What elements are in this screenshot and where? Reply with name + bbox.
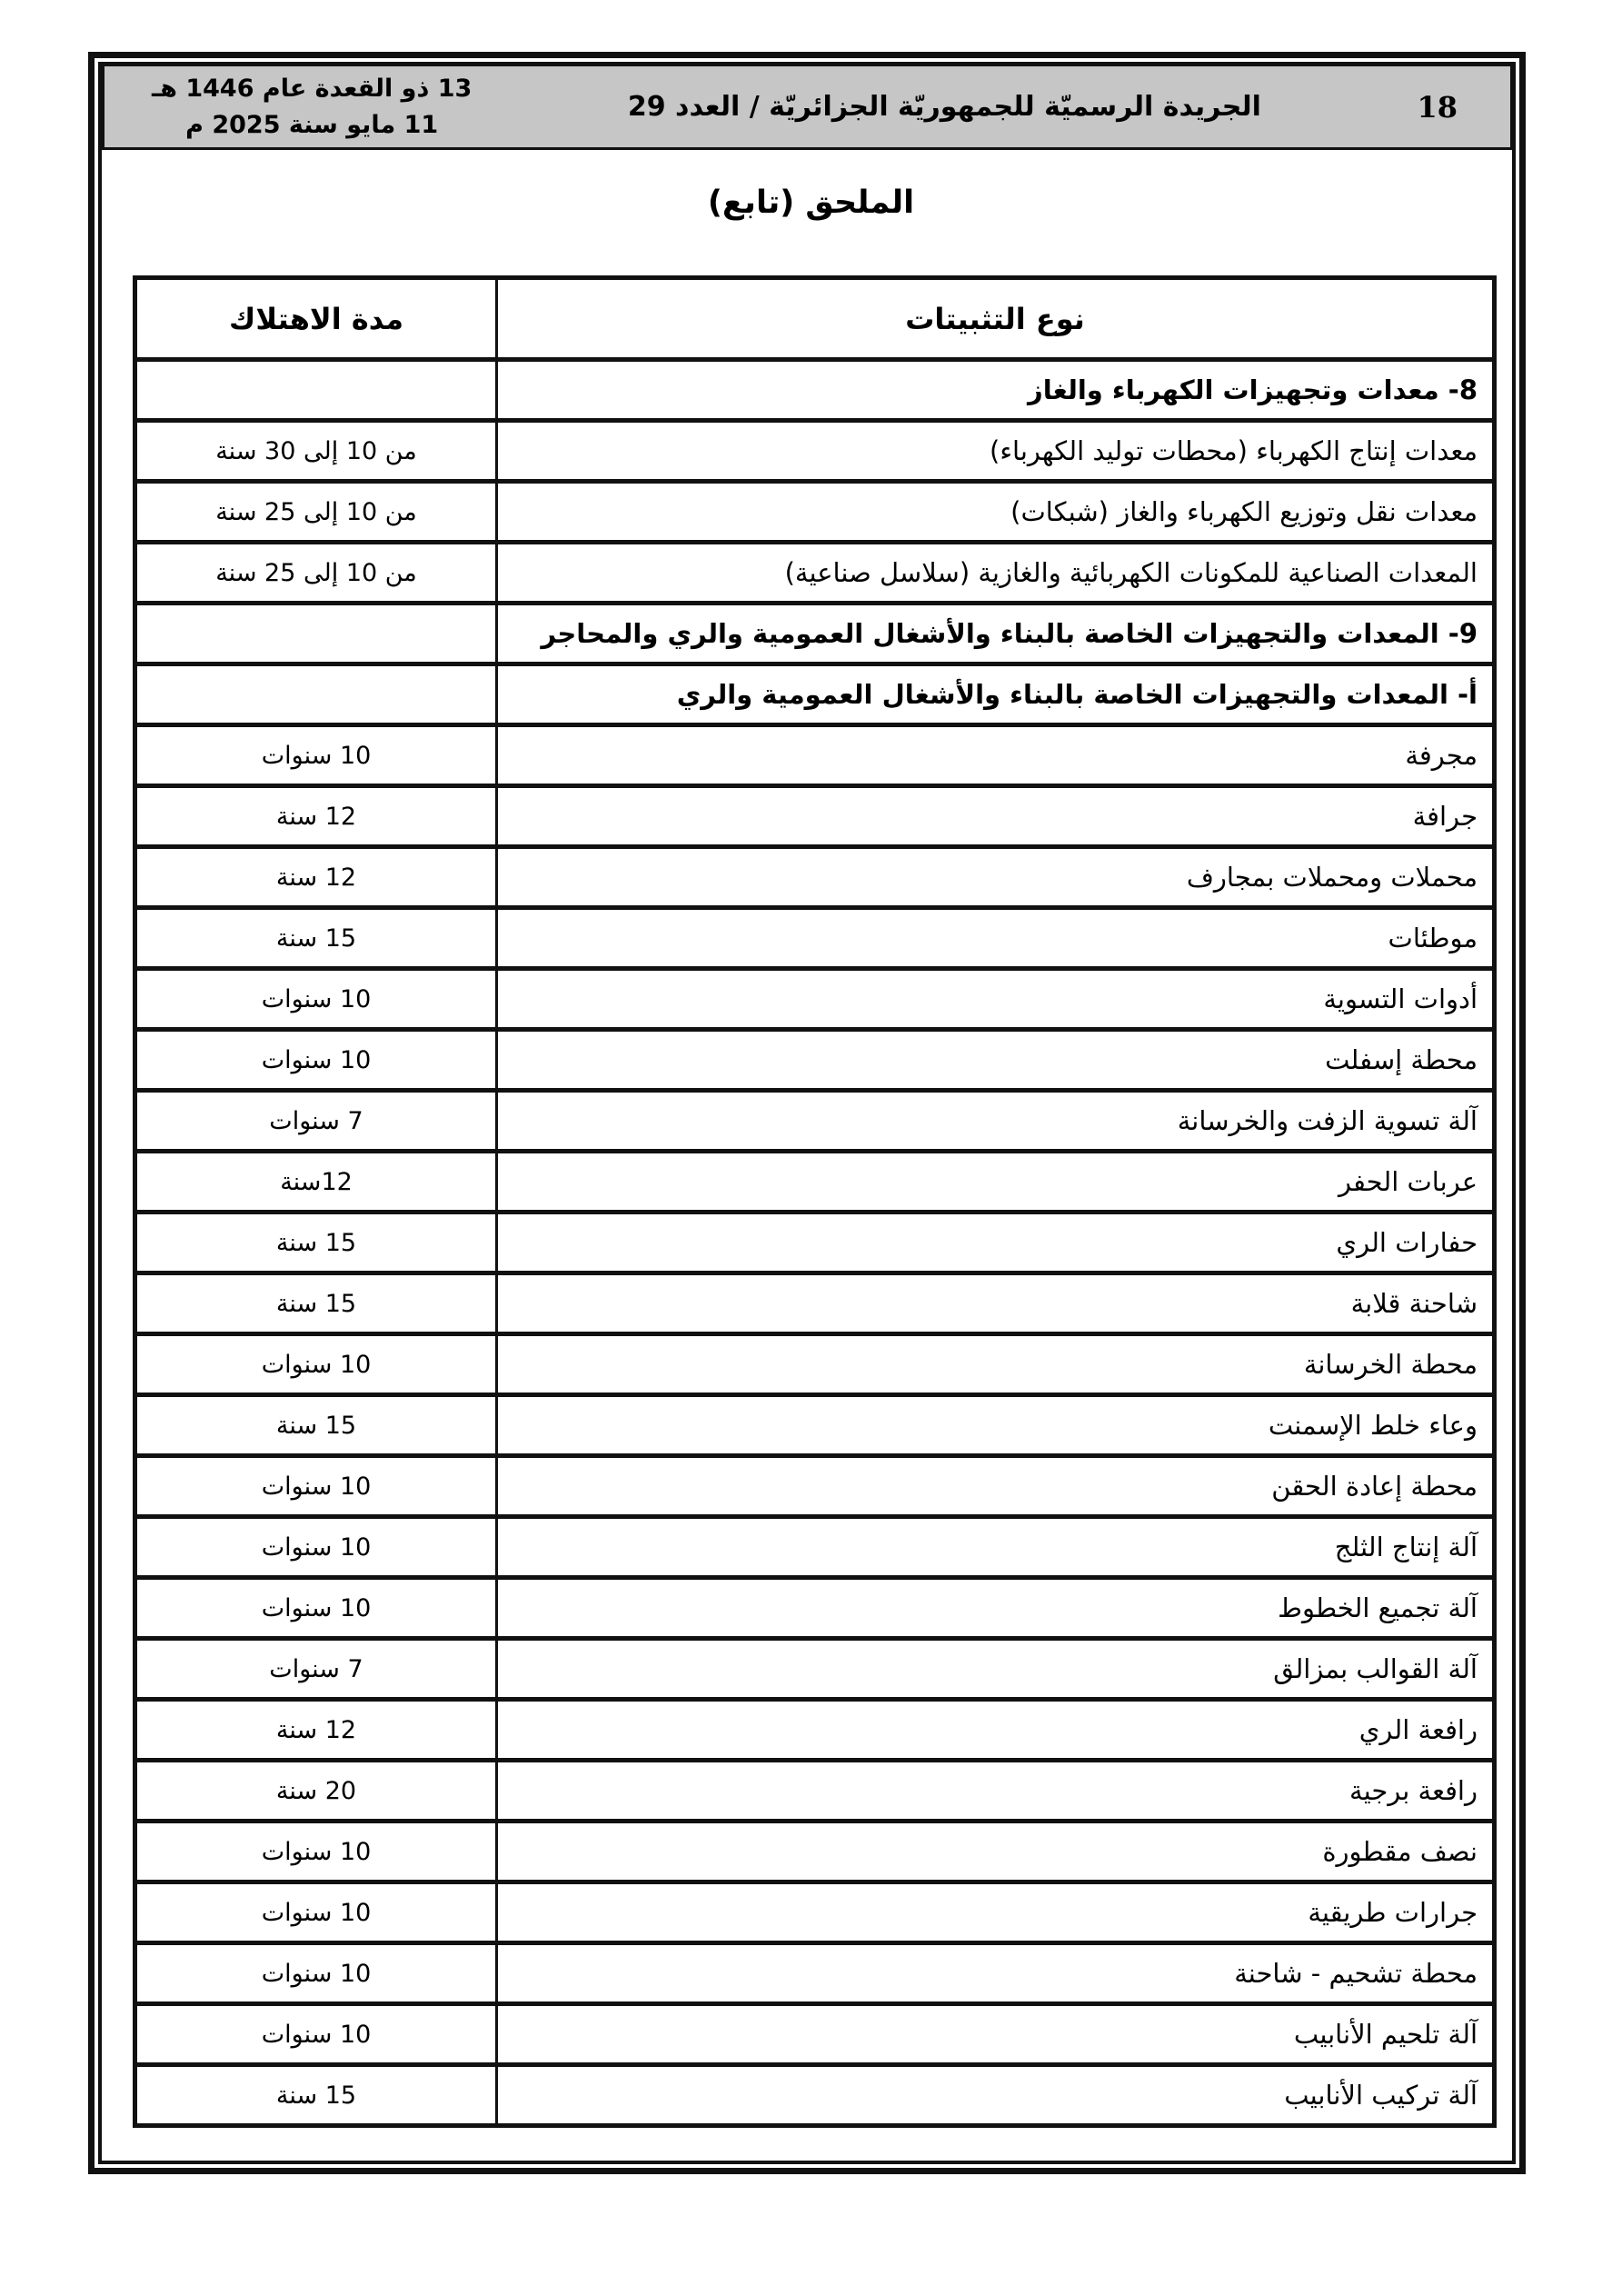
table-row: نصف مقطورة 10 سنوات: [135, 1822, 1495, 1882]
type-cell: 8- معدات وتجهيزات الكهرباء والغاز: [497, 360, 1495, 421]
type-cell: آلة تركيب الأنابيب: [497, 2065, 1495, 2126]
duration-cell: 12 سنة: [135, 847, 497, 908]
duration-cell: 12 سنة: [135, 1700, 497, 1761]
duration-cell: 10 سنوات: [135, 1334, 497, 1395]
duration-cell: 15 سنة: [135, 1273, 497, 1334]
table-row: وعاء خلط الإسمنت 15 سنة: [135, 1395, 1495, 1456]
duration-cell: 10 سنوات: [135, 1030, 497, 1091]
type-cell: رافعة برجية: [497, 1761, 1495, 1822]
date-hijri: 13 ذو القعدة عام 1446 هـ: [152, 71, 472, 106]
type-cell: أ- المعدات والتجهيزات الخاصة بالبناء وال…: [497, 664, 1495, 725]
duration-cell: [135, 360, 497, 421]
duration-cell: 20 سنة: [135, 1761, 497, 1822]
table-row: محطة إسفلت 10 سنوات: [135, 1030, 1495, 1091]
duration-cell: 10 سنوات: [135, 1578, 497, 1639]
table-row: محملات ومحملات بمجارف 12 سنة: [135, 847, 1495, 908]
table-row: آلة تركيب الأنابيب 15 سنة: [135, 2065, 1495, 2126]
date-block: 13 ذو القعدة عام 1446 هـ 11 مايو سنة 202…: [152, 71, 472, 142]
table-header-row: نوع التثبيتات مدة الاهتلاك: [135, 278, 1495, 360]
type-cell: حفارات الري: [497, 1213, 1495, 1273]
table-row: أ- المعدات والتجهيزات الخاصة بالبناء وال…: [135, 664, 1495, 725]
header-strip: 18 الجريدة الرسميّة للجمهوريّة الجزائريّ…: [102, 64, 1513, 150]
table-row: 9- المعدات والتجهيزات الخاصة بالبناء وال…: [135, 604, 1495, 664]
duration-cell: 7 سنوات: [135, 1639, 497, 1700]
table-row: جرافة 12 سنة: [135, 786, 1495, 847]
fixtures-table: نوع التثبيتات مدة الاهتلاك 8- معدات وتجه…: [133, 275, 1497, 2128]
table-header-duration: مدة الاهتلاك: [135, 278, 497, 360]
table-row: آلة إنتاج الثلج 10 سنوات: [135, 1517, 1495, 1578]
duration-cell: 10 سنوات: [135, 2004, 497, 2065]
type-cell: جرافة: [497, 786, 1495, 847]
table-row: معدات إنتاج الكهرباء (محطات توليد الكهرب…: [135, 421, 1495, 482]
duration-cell: من 10 إلى 25 سنة: [135, 482, 497, 543]
duration-cell: 15 سنة: [135, 2065, 497, 2126]
date-gregorian: 11 مايو سنة 2025 م: [152, 107, 472, 143]
type-cell: آلة القوالب بمزالق: [497, 1639, 1495, 1700]
type-cell: موطئات: [497, 908, 1495, 969]
type-cell: وعاء خلط الإسمنت: [497, 1395, 1495, 1456]
duration-cell: 10 سنوات: [135, 725, 497, 786]
table-row: حفارات الري 15 سنة: [135, 1213, 1495, 1273]
type-cell: معدات إنتاج الكهرباء (محطات توليد الكهرب…: [497, 421, 1495, 482]
journal-title: الجريدة الرسميّة للجمهوريّة الجزائريّة /…: [472, 91, 1417, 123]
type-cell: رافعة الري: [497, 1700, 1495, 1761]
duration-cell: من 10 إلى 25 سنة: [135, 543, 497, 604]
table-row: آلة تلحيم الأنابيب 10 سنوات: [135, 2004, 1495, 2065]
table-row: محطة إعادة الحقن 10 سنوات: [135, 1456, 1495, 1517]
type-cell: محطة إعادة الحقن: [497, 1456, 1495, 1517]
table-row: موطئات 15 سنة: [135, 908, 1495, 969]
duration-cell: 10 سنوات: [135, 1882, 497, 1943]
table-row: معدات نقل وتوزيع الكهرباء والغاز (شبكات)…: [135, 482, 1495, 543]
table-row: آلة تسوية الزفت والخرسانة 7 سنوات: [135, 1091, 1495, 1152]
table-row: شاحنة قلابة 15 سنة: [135, 1273, 1495, 1334]
type-cell: معدات نقل وتوزيع الكهرباء والغاز (شبكات): [497, 482, 1495, 543]
type-cell: نصف مقطورة: [497, 1822, 1495, 1882]
type-cell: عربات الحفر: [497, 1152, 1495, 1213]
type-cell: محطة الخرسانة: [497, 1334, 1495, 1395]
type-cell: 9- المعدات والتجهيزات الخاصة بالبناء وال…: [497, 604, 1495, 664]
table-row: مجرفة 10 سنوات: [135, 725, 1495, 786]
duration-cell: 15 سنة: [135, 908, 497, 969]
table-row: جرارات طريقية 10 سنوات: [135, 1882, 1495, 1943]
table-row: رافعة برجية 20 سنة: [135, 1761, 1495, 1822]
table-row: المعدات الصناعية للمكونات الكهربائية وال…: [135, 543, 1495, 604]
duration-cell: [135, 604, 497, 664]
type-cell: مجرفة: [497, 725, 1495, 786]
table-row: رافعة الري 12 سنة: [135, 1700, 1495, 1761]
duration-cell: 10 سنوات: [135, 969, 497, 1030]
table-header-type: نوع التثبيتات: [497, 278, 1495, 360]
type-cell: محملات ومحملات بمجارف: [497, 847, 1495, 908]
duration-cell: 12سنة: [135, 1152, 497, 1213]
page-number: 18: [1417, 90, 1458, 125]
type-cell: محطة تشحيم - شاحنة: [497, 1943, 1495, 2004]
table-row: عربات الحفر 12سنة: [135, 1152, 1495, 1213]
duration-cell: 10 سنوات: [135, 1822, 497, 1882]
duration-cell: [135, 664, 497, 725]
type-cell: آلة تسوية الزفت والخرسانة: [497, 1091, 1495, 1152]
duration-cell: 15 سنة: [135, 1213, 497, 1273]
type-cell: شاحنة قلابة: [497, 1273, 1495, 1334]
type-cell: آلة إنتاج الثلج: [497, 1517, 1495, 1578]
fixtures-table-body: 8- معدات وتجهيزات الكهرباء والغاز معدات …: [135, 360, 1495, 2126]
type-cell: آلة تجميع الخطوط: [497, 1578, 1495, 1639]
duration-cell: 10 سنوات: [135, 1943, 497, 2004]
table-row: آلة تجميع الخطوط 10 سنوات: [135, 1578, 1495, 1639]
table-row: 8- معدات وتجهيزات الكهرباء والغاز: [135, 360, 1495, 421]
table-row: محطة الخرسانة 10 سنوات: [135, 1334, 1495, 1395]
type-cell: محطة إسفلت: [497, 1030, 1495, 1091]
type-cell: جرارات طريقية: [497, 1882, 1495, 1943]
duration-cell: 10 سنوات: [135, 1517, 497, 1578]
type-cell: المعدات الصناعية للمكونات الكهربائية وال…: [497, 543, 1495, 604]
duration-cell: 15 سنة: [135, 1395, 497, 1456]
table-row: أدوات التسوية 10 سنوات: [135, 969, 1495, 1030]
duration-cell: من 10 إلى 30 سنة: [135, 421, 497, 482]
table-row: محطة تشحيم - شاحنة 10 سنوات: [135, 1943, 1495, 2004]
duration-cell: 7 سنوات: [135, 1091, 497, 1152]
duration-cell: 10 سنوات: [135, 1456, 497, 1517]
table-row: آلة القوالب بمزالق 7 سنوات: [135, 1639, 1495, 1700]
duration-cell: 12 سنة: [135, 786, 497, 847]
type-cell: آلة تلحيم الأنابيب: [497, 2004, 1495, 2065]
document-title: الملحق (تابع): [0, 185, 1622, 221]
type-cell: أدوات التسوية: [497, 969, 1495, 1030]
